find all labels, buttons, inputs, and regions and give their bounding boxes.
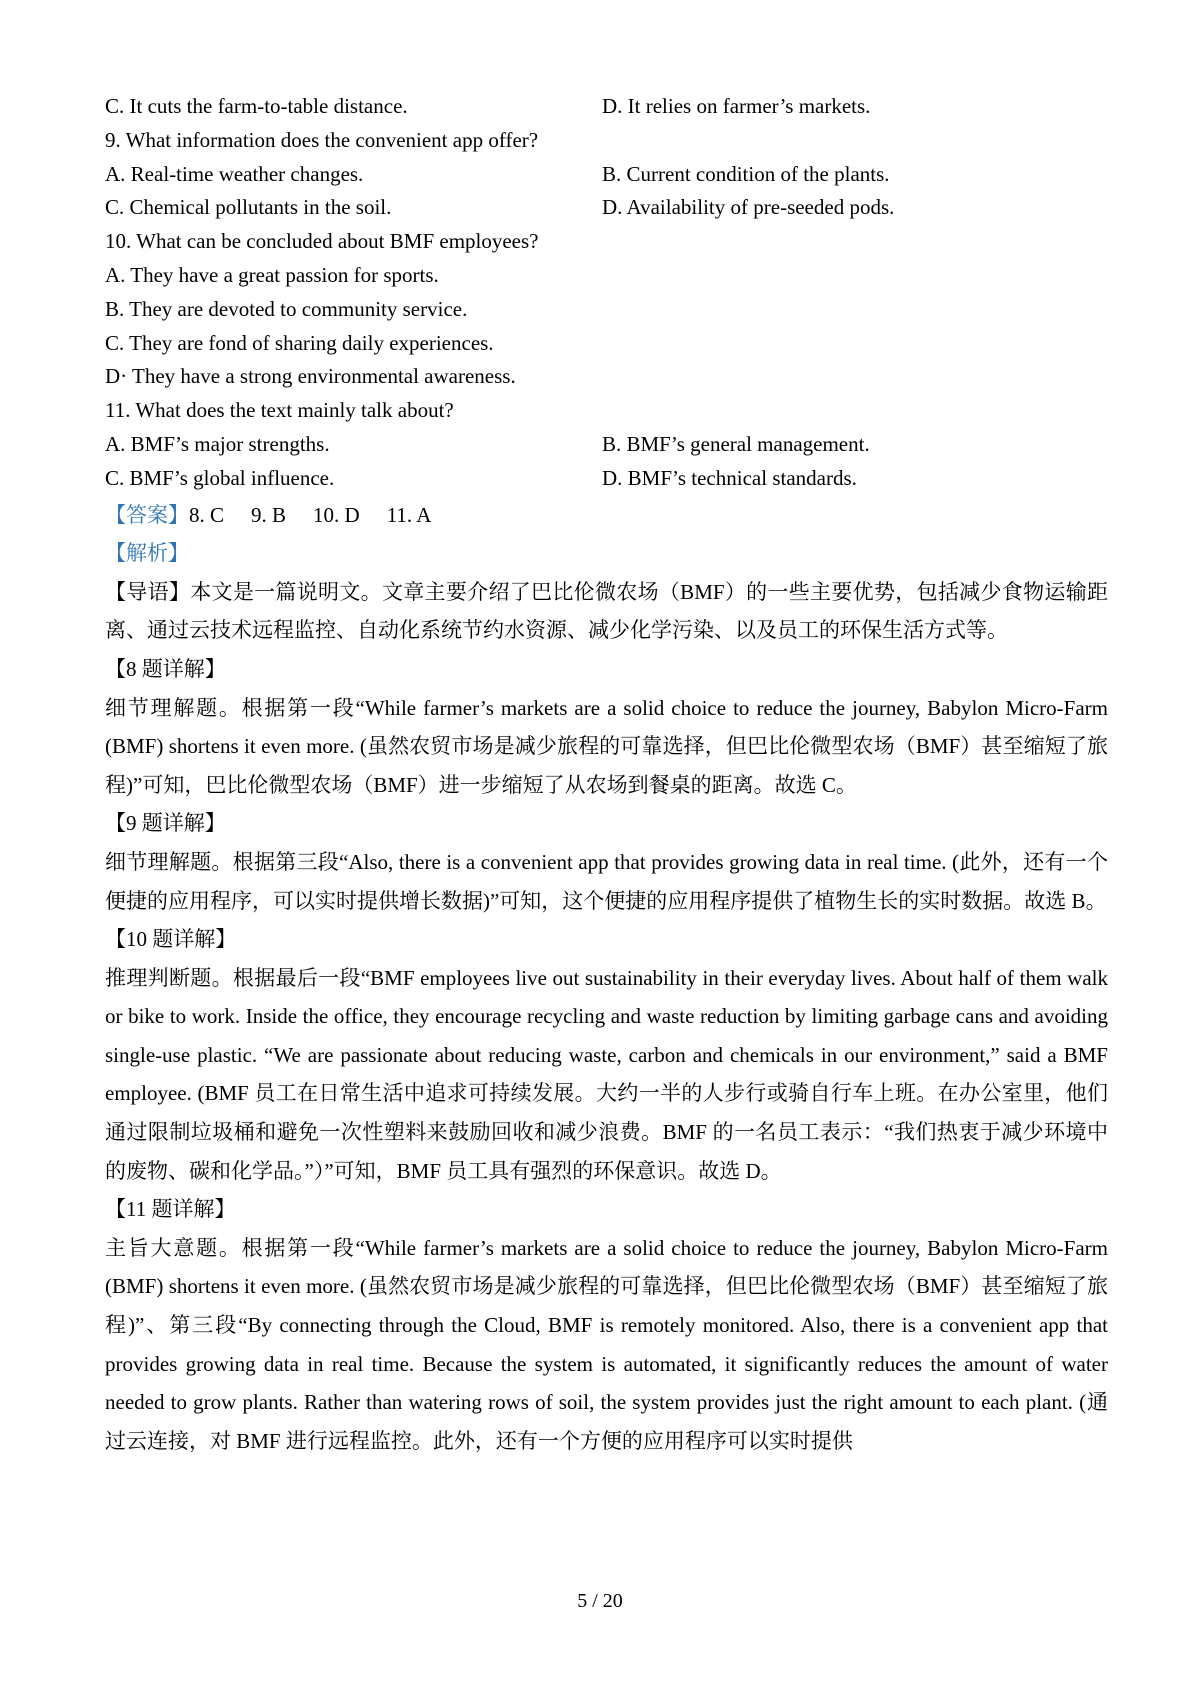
- option-left: C. They are fond of sharing daily experi…: [105, 327, 602, 361]
- option-left: B. They are devoted to community service…: [105, 293, 602, 327]
- option-left: C. Chemical pollutants in the soil.: [105, 191, 602, 225]
- answer-item: 8. C: [189, 503, 224, 527]
- explanation-paragraph-q9: 细节理解题。根据第三段“Also, there is a convenient …: [105, 843, 1108, 920]
- option-right: D. BMF’s technical standards.: [602, 462, 1108, 496]
- question-stem: 11. What does the text mainly talk about…: [105, 394, 1108, 428]
- option-row: B. They are devoted to community service…: [105, 293, 1108, 327]
- document-page: C. It cuts the farm-to-table distance.D.…: [0, 0, 1200, 1697]
- section-heading-q11: 【11 题详解】: [105, 1190, 1108, 1229]
- analysis-label: 【解析】: [105, 541, 189, 565]
- option-left: D· They have a strong environmental awar…: [105, 360, 602, 394]
- option-right: [602, 394, 1108, 428]
- option-left: A. Real-time weather changes.: [105, 158, 602, 192]
- option-right: [602, 225, 1108, 259]
- analysis-line: 【解析】: [105, 534, 1108, 573]
- section-heading-q10: 【10 题详解】: [105, 920, 1108, 959]
- option-left: A. They have a great passion for sports.: [105, 259, 602, 293]
- answer-item: 9. B: [251, 503, 286, 527]
- question-stem: 10. What can be concluded about BMF empl…: [105, 225, 1108, 259]
- explanation-paragraph-q11: 主旨大意题。根据第一段“While farmer’s markets are a…: [105, 1229, 1108, 1461]
- option-right: [602, 259, 1108, 293]
- answer-item: 11. A: [387, 503, 432, 527]
- question-options-block: C. It cuts the farm-to-table distance.D.…: [105, 90, 1108, 496]
- option-row: A. Real-time weather changes.B. Current …: [105, 158, 1108, 192]
- option-left: C. It cuts the farm-to-table distance.: [105, 90, 602, 124]
- option-left: 9. What information does the convenient …: [105, 124, 602, 158]
- option-left: 11. What does the text mainly talk about…: [105, 394, 602, 428]
- option-row: C. It cuts the farm-to-table distance.D.…: [105, 90, 1108, 124]
- question-stem: 9. What information does the convenient …: [105, 124, 1108, 158]
- option-right: [602, 327, 1108, 361]
- option-row: A. They have a great passion for sports.: [105, 259, 1108, 293]
- intro-paragraph: 【导语】本文是一篇说明文。文章主要介绍了巴比伦微农场（BMF）的一些主要优势，包…: [105, 573, 1108, 650]
- option-row: D· They have a strong environmental awar…: [105, 360, 1108, 394]
- option-right: [602, 124, 1108, 158]
- explanation-paragraph-q10: 推理判断题。根据最后一段“BMF employees live out sust…: [105, 959, 1108, 1191]
- option-row: C. BMF’s global influence.D. BMF’s techn…: [105, 462, 1108, 496]
- option-left: C. BMF’s global influence.: [105, 462, 602, 496]
- explanation-paragraph-q8: 细节理解题。根据第一段“While farmer’s markets are a…: [105, 689, 1108, 805]
- option-right: D. Availability of pre-seeded pods.: [602, 191, 1108, 225]
- option-left: A. BMF’s major strengths.: [105, 428, 602, 462]
- option-row: C. Chemical pollutants in the soil.D. Av…: [105, 191, 1108, 225]
- answer-line: 【答案】8. C9. B10. D11. A: [105, 496, 1108, 535]
- answer-item: 10. D: [313, 503, 360, 527]
- option-right: [602, 293, 1108, 327]
- option-row: A. BMF’s major strengths.B. BMF’s genera…: [105, 428, 1108, 462]
- section-heading-q8: 【8 题详解】: [105, 650, 1108, 689]
- option-left: 10. What can be concluded about BMF empl…: [105, 225, 602, 259]
- option-row: C. They are fond of sharing daily experi…: [105, 327, 1108, 361]
- option-right: B. BMF’s general management.: [602, 428, 1108, 462]
- page-number: 5 / 20: [0, 1590, 1200, 1613]
- option-right: [602, 360, 1108, 394]
- option-right: D. It relies on farmer’s markets.: [602, 90, 1108, 124]
- section-heading-q9: 【9 题详解】: [105, 804, 1108, 843]
- page-content: C. It cuts the farm-to-table distance.D.…: [105, 90, 1108, 1460]
- option-right: B. Current condition of the plants.: [602, 158, 1108, 192]
- answer-analysis-block: 【答案】8. C9. B10. D11. A 【解析】 【导语】本文是一篇说明文…: [105, 496, 1108, 1461]
- answer-label: 【答案】: [105, 503, 189, 527]
